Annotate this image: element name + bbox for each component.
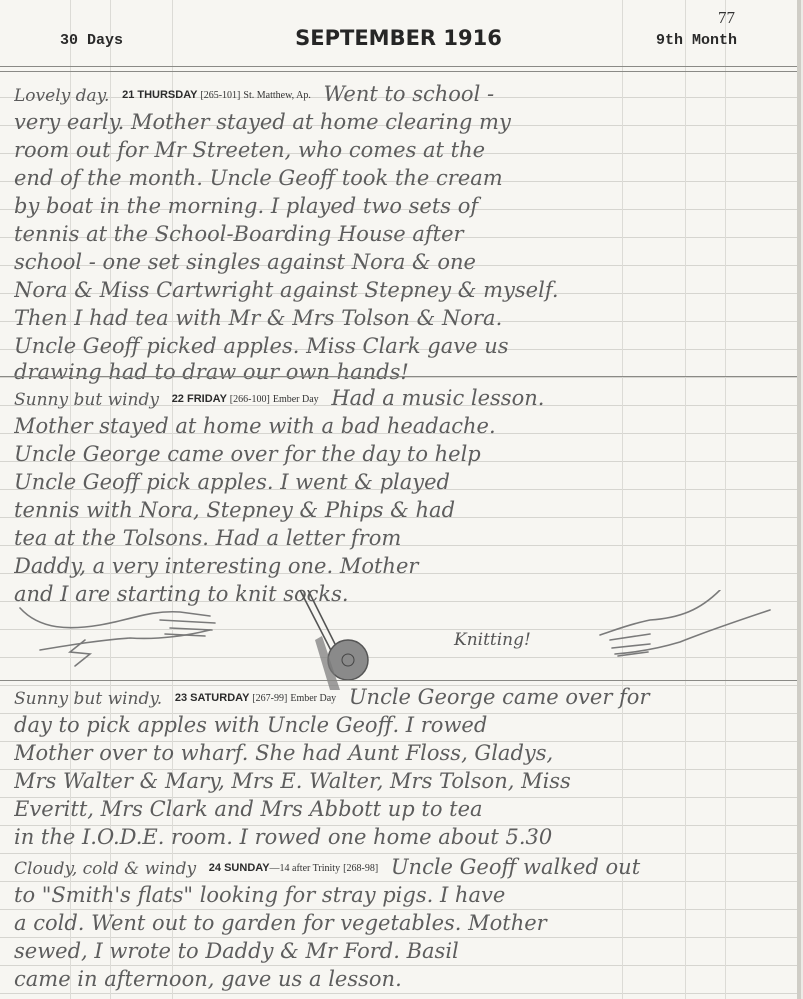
entry-text: Uncle Geoff picked apples. Miss Clark ga… xyxy=(14,332,787,360)
month-ordinal: 9th Month xyxy=(656,32,737,49)
entry-text: Had a music lesson. xyxy=(331,386,544,410)
entry-text: school - one set singles against Nora & … xyxy=(14,248,787,276)
entry-text: tea at the Tolsons. Had a letter from xyxy=(14,524,787,552)
entry-text: tennis at the School-Boarding House afte… xyxy=(14,220,787,248)
entry-text: Uncle Geoff pick apples. I went & played xyxy=(14,468,787,496)
entry-heading: Sunny but windy. 23 SATURDAY [267-99] Em… xyxy=(14,683,787,711)
entry-divider xyxy=(0,680,797,681)
header-rule xyxy=(0,66,797,72)
entry-text: Went to school - xyxy=(324,82,495,106)
entry-text: to "Smith's flats" looking for stray pig… xyxy=(14,881,787,909)
weather-note: Lovely day. xyxy=(14,86,109,106)
entry-heading: Lovely day. 21 THURSDAY [265-101] St. Ma… xyxy=(14,80,787,108)
entry-text: Nora & Miss Cartwright against Stepney &… xyxy=(14,276,787,304)
entry-text: sewed, I wrote to Daddy & Mr Ford. Basil xyxy=(14,937,787,965)
entry-text: Everitt, Mrs Clark and Mrs Abbott up to … xyxy=(14,795,787,823)
entry-heading: Cloudy, cold & windy 24 SUNDAY—14 after … xyxy=(14,853,787,881)
left-hand-sketch xyxy=(20,608,210,628)
entry-text: in the I.O.D.E. room. I rowed one home a… xyxy=(14,823,787,851)
entry-text: Then I had tea with Mr & Mrs Tolson & No… xyxy=(14,304,787,332)
entry-text: drawing had to draw our own hands! xyxy=(14,358,787,386)
diary-page: 77 30 Days SEPTEMBER 1916 9th Month Love… xyxy=(0,0,801,999)
day-date: 21 THURSDAY [265-101] St. Matthew, Ap. xyxy=(122,89,311,101)
entry-text: very early. Mother stayed at home cleari… xyxy=(14,108,787,136)
entry-heading: Sunny but windy 22 FRIDAY [266-100] Embe… xyxy=(14,384,787,412)
entry-text: came in afternoon, gave us a lesson. xyxy=(14,965,787,993)
entry-text: Mrs Walter & Mary, Mrs E. Walter, Mrs To… xyxy=(14,767,787,795)
entry-text: Mother stayed at home with a bad headach… xyxy=(14,412,787,440)
day-date: 23 SATURDAY [267-99] Ember Day xyxy=(175,692,336,704)
entry-text: Uncle Geoff walked out xyxy=(391,855,640,879)
sketch-caption: Knitting! xyxy=(454,630,531,650)
day-date: 24 SUNDAY—14 after Trinity [268-98] xyxy=(209,862,378,874)
knitting-sketch xyxy=(0,590,797,690)
page-header: 77 30 Days SEPTEMBER 1916 9th Month xyxy=(0,0,797,68)
entry-text: by boat in the morning. I played two set… xyxy=(14,192,787,220)
entry-text: Daddy, a very interesting one. Mother xyxy=(14,552,787,580)
entry-divider xyxy=(0,376,797,377)
page-number: 77 xyxy=(718,8,735,28)
weather-note: Sunny but windy xyxy=(14,390,159,410)
entry-text: tennis with Nora, Stepney & Phips & had xyxy=(14,496,787,524)
entry-text: day to pick apples with Uncle Geoff. I r… xyxy=(14,711,787,739)
weather-note: Cloudy, cold & windy xyxy=(14,859,196,879)
entry-text: end of the month. Uncle Geoff took the c… xyxy=(14,164,787,192)
day-date: 22 FRIDAY [266-100] Ember Day xyxy=(172,393,319,405)
entry-text: Uncle George came over for the day to he… xyxy=(14,440,787,468)
weather-note: Sunny but windy. xyxy=(14,689,162,709)
right-hand-sketch xyxy=(600,590,720,635)
entry-text: room out for Mr Streeten, who comes at t… xyxy=(14,136,787,164)
entry-text: Mother over to wharf. She had Aunt Floss… xyxy=(14,739,787,767)
entry-text: Uncle George came over for xyxy=(349,685,650,709)
entry-text: a cold. Went out to garden for vegetable… xyxy=(14,909,787,937)
